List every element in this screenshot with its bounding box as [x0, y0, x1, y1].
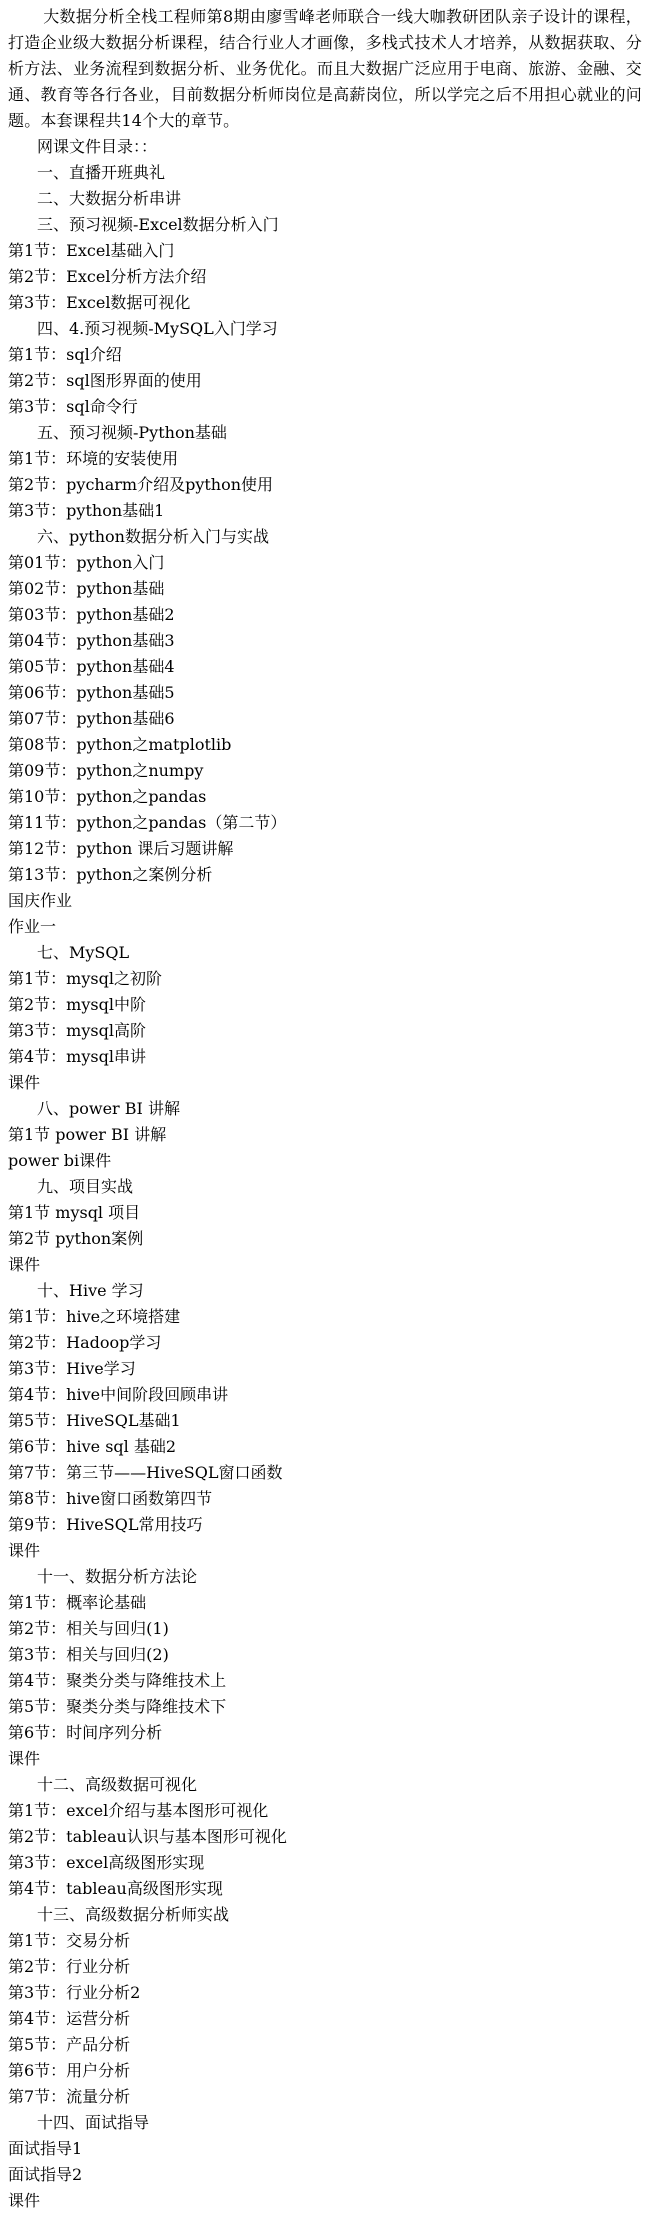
- lesson-item: 第07节：python基础6: [8, 706, 642, 732]
- lesson-item: 第04节：python基础3: [8, 628, 642, 654]
- chapter-heading: 一、直播开班典礼: [8, 160, 642, 186]
- lesson-item: 第02节：python基础: [8, 576, 642, 602]
- chapter-heading: 四、4.预习视频-MySQL入门学习: [8, 316, 642, 342]
- chapter-heading: 八、power BI 讲解: [8, 1096, 642, 1122]
- resource-item: 课件: [8, 1252, 642, 1278]
- lesson-item: 第1节：概率论基础: [8, 1590, 642, 1616]
- lesson-item: 第3节：mysql高阶: [8, 1018, 642, 1044]
- lesson-item: 第1节：环境的安装使用: [8, 446, 642, 472]
- lesson-item: 第3节：行业分析2: [8, 1980, 642, 2006]
- lesson-item: 第10节：python之pandas: [8, 784, 642, 810]
- resource-item: 国庆作业: [8, 888, 642, 914]
- lesson-item: 第1节：excel介绍与基本图形可视化: [8, 1798, 642, 1824]
- lesson-item: 第8节：hive窗口函数第四节: [8, 1486, 642, 1512]
- lesson-item: 第1节：交易分析: [8, 1928, 642, 1954]
- lesson-item: 第11节：python之pandas（第二节）: [8, 810, 642, 836]
- resource-item: 课件: [8, 1538, 642, 1564]
- chapter-heading: 十二、高级数据可视化: [8, 1772, 642, 1798]
- lesson-item: 第7节：第三节——HiveSQL窗口函数: [8, 1460, 642, 1486]
- resource-item: 面试指导2: [8, 2162, 642, 2188]
- lesson-item: 第1节 power BI 讲解: [8, 1122, 642, 1148]
- lesson-item: 第6节：hive sql 基础2: [8, 1434, 642, 1460]
- chapter-heading: 三、预习视频-Excel数据分析入门: [8, 212, 642, 238]
- chapter-heading: 十、Hive 学习: [8, 1278, 642, 1304]
- lesson-item: 第12节：python 课后习题讲解: [8, 836, 642, 862]
- chapter-heading: 六、python数据分析入门与实战: [8, 524, 642, 550]
- lesson-item: 第4节：tableau高级图形实现: [8, 1876, 642, 1902]
- lesson-item: 第3节：python基础1: [8, 498, 642, 524]
- lesson-item: 第06节：python基础5: [8, 680, 642, 706]
- lesson-item: 第7节：流量分析: [8, 2084, 642, 2110]
- lesson-item: 第2节：行业分析: [8, 1954, 642, 1980]
- course-intro-paragraph: 大数据分析全栈工程师第8期由廖雪峰老师联合一线大咖教研团队亲子设计的课程，打造企…: [8, 4, 642, 134]
- lesson-item: 第03节：python基础2: [8, 602, 642, 628]
- lesson-item: 第08节：python之matplotlib: [8, 732, 642, 758]
- lesson-item: 第1节：Excel基础入门: [8, 238, 642, 264]
- lesson-item: 第6节：时间序列分析: [8, 1720, 642, 1746]
- lesson-item: 第4节：聚类分类与降维技术上: [8, 1668, 642, 1694]
- chapter-heading: 十四、面试指导: [8, 2110, 642, 2136]
- lesson-item: 第6节：用户分析: [8, 2058, 642, 2084]
- lesson-item: 第01节：python入门: [8, 550, 642, 576]
- lesson-item: 第4节：运营分析: [8, 2006, 642, 2032]
- lesson-item: 第2节：tableau认识与基本图形可视化: [8, 1824, 642, 1850]
- chapter-heading: 五、预习视频-Python基础: [8, 420, 642, 446]
- lesson-item: 第1节 mysql 项目: [8, 1200, 642, 1226]
- chapter-heading: 七、MySQL: [8, 940, 642, 966]
- lesson-item: 第2节：Hadoop学习: [8, 1330, 642, 1356]
- lesson-item: 第2节：pycharm介绍及python使用: [8, 472, 642, 498]
- lesson-item: 第3节：Hive学习: [8, 1356, 642, 1382]
- lesson-item: 第4节：mysql串讲: [8, 1044, 642, 1070]
- lesson-item: 第4节：hive中间阶段回顾串讲: [8, 1382, 642, 1408]
- lesson-item: 第3节：excel高级图形实现: [8, 1850, 642, 1876]
- lesson-item: 第2节：相关与回归(1): [8, 1616, 642, 1642]
- lesson-item: 第5节：HiveSQL基础1: [8, 1408, 642, 1434]
- resource-item: 课件: [8, 2188, 642, 2214]
- lesson-item: 第3节：Excel数据可视化: [8, 290, 642, 316]
- lesson-item: 第9节：HiveSQL常用技巧: [8, 1512, 642, 1538]
- lesson-item: 第5节：聚类分类与降维技术下: [8, 1694, 642, 1720]
- lesson-item: 第1节：mysql之初阶: [8, 966, 642, 992]
- resource-item: 课件: [8, 1746, 642, 1772]
- chapter-heading: 十三、高级数据分析师实战: [8, 1902, 642, 1928]
- lesson-item: 第2节：sql图形界面的使用: [8, 368, 642, 394]
- lesson-item: 第3节：sql命令行: [8, 394, 642, 420]
- lesson-item: 第05节：python基础4: [8, 654, 642, 680]
- course-document: 大数据分析全栈工程师第8期由廖雪峰老师联合一线大咖教研团队亲子设计的课程，打造企…: [0, 0, 650, 2214]
- lesson-item: 第5节：产品分析: [8, 2032, 642, 2058]
- resource-item: 课件: [8, 1070, 642, 1096]
- lesson-item: 第2节 python案例: [8, 1226, 642, 1252]
- chapter-heading: 九、项目实战: [8, 1174, 642, 1200]
- lesson-item: 第2节：Excel分析方法介绍: [8, 264, 642, 290]
- chapter-heading: 网课文件目录：：: [8, 134, 642, 160]
- lesson-item: 第13节：python之案例分析: [8, 862, 642, 888]
- chapter-heading: 二、大数据分析串讲: [8, 186, 642, 212]
- lesson-item: 第1节：sql介绍: [8, 342, 642, 368]
- resource-item: power bi课件: [8, 1148, 642, 1174]
- resource-item: 作业一: [8, 914, 642, 940]
- lesson-item: 第1节：hive之环境搭建: [8, 1304, 642, 1330]
- course-directory-list: 网课文件目录：：一、直播开班典礼二、大数据分析串讲三、预习视频-Excel数据分…: [8, 134, 642, 2214]
- lesson-item: 第3节：相关与回归(2): [8, 1642, 642, 1668]
- lesson-item: 第2节：mysql中阶: [8, 992, 642, 1018]
- chapter-heading: 十一、数据分析方法论: [8, 1564, 642, 1590]
- lesson-item: 第09节：python之numpy: [8, 758, 642, 784]
- resource-item: 面试指导1: [8, 2136, 642, 2162]
